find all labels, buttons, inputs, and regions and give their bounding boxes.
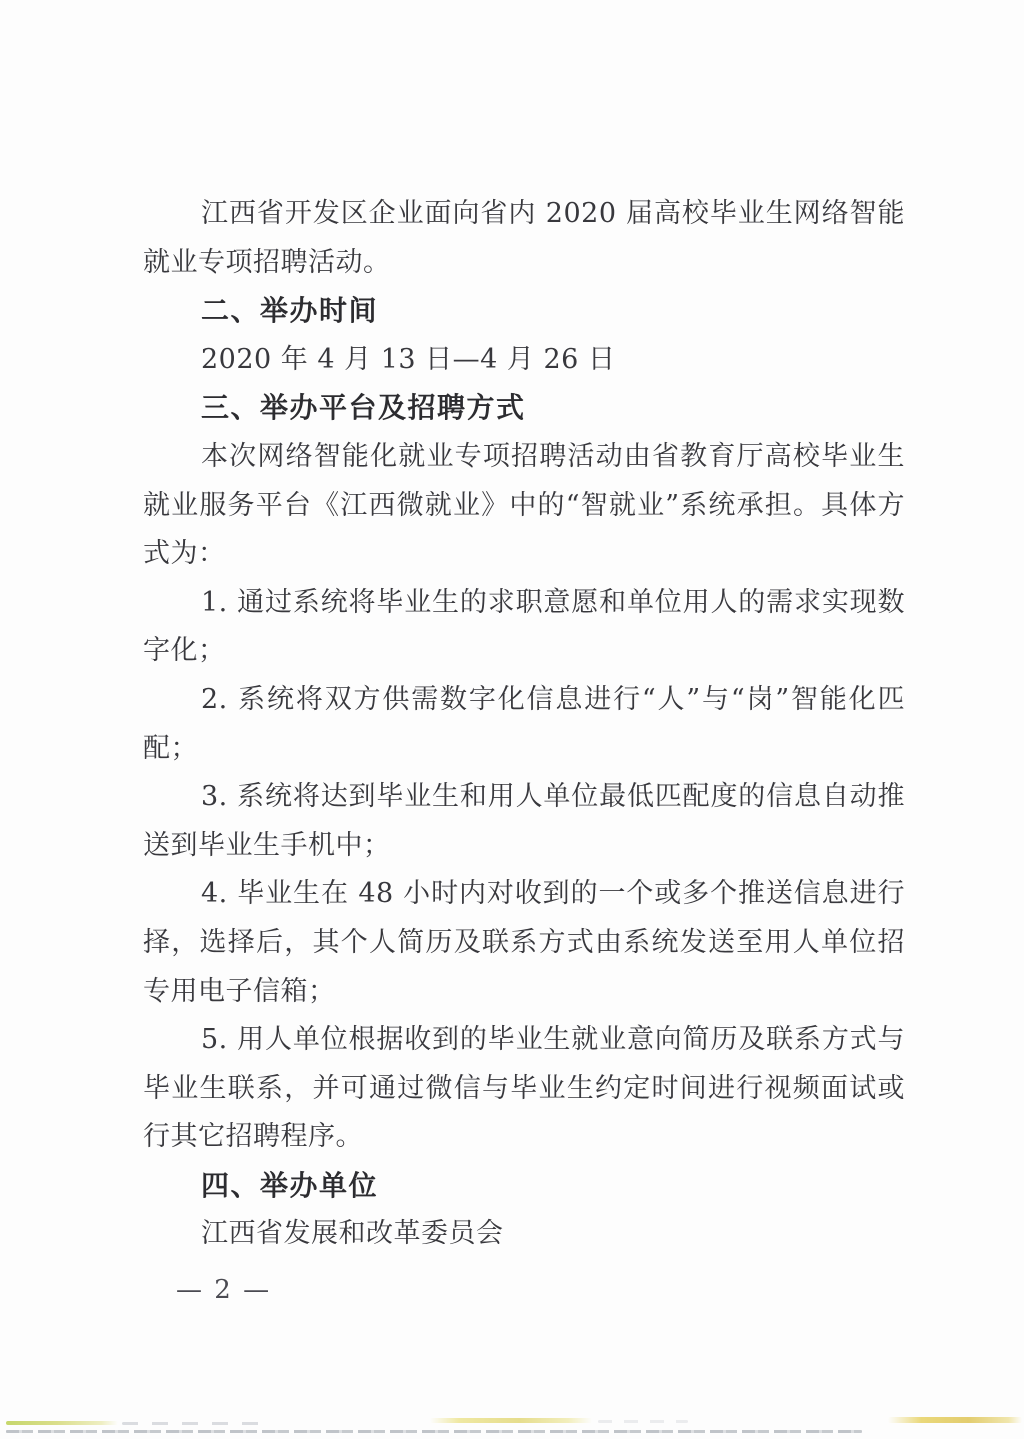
body-line: 行其它招聘程序。	[143, 1113, 905, 1162]
scan-artifact-dashes-middle	[598, 1420, 688, 1423]
scan-artifact-dashes-left	[122, 1422, 272, 1425]
list-item-3: 3. 系统将达到毕业生和用人单位最低匹配度的信息自动推	[143, 773, 905, 822]
section-heading-3: 三、举办平台及招聘方式	[143, 384, 905, 433]
section-heading-2: 二、举办时间	[143, 287, 905, 336]
body-line: 择，选择后，其个人简历及联系方式由系统发送至用人单位招聘	[143, 919, 905, 968]
highlighter-streak-left	[6, 1421, 118, 1425]
list-item-4: 4. 毕业生在 48 小时内对收到的一个或多个推送信息进行选	[143, 870, 905, 919]
body-line: 江西省开发区企业面向省内 2020 届高校毕业生网络智能化	[143, 190, 905, 239]
highlighter-streak-right	[888, 1417, 1022, 1423]
section-heading-4: 四、举办单位	[143, 1162, 905, 1211]
body-line: 毕业生联系，并可通过微信与毕业生约定时间进行视频面试或进	[143, 1065, 905, 1114]
list-item-2: 2. 系统将双方供需数字化信息进行“人”与“岗”智能化匹	[143, 676, 905, 725]
scan-artifact-microtext-line	[6, 1430, 862, 1433]
body-line: 专用电子信箱；	[143, 968, 905, 1017]
document-body: 江西省开发区企业面向省内 2020 届高校毕业生网络智能化 就业专项招聘活动。 …	[143, 190, 905, 1259]
body-line: 就业专项招聘活动。	[143, 239, 905, 288]
scanned-document-page: 江西省开发区企业面向省内 2020 届高校毕业生网络智能化 就业专项招聘活动。 …	[0, 0, 1024, 1439]
body-line: 配；	[143, 725, 905, 774]
highlighter-streak-middle	[430, 1418, 592, 1423]
body-line: 送到毕业生手机中；	[143, 822, 905, 871]
body-line: 江西省发展和改革委员会	[143, 1210, 905, 1259]
body-line: 就业服务平台《江西微就业》中的“智就业”系统承担。具体方	[143, 482, 905, 531]
page-number: — 2 —	[176, 1268, 271, 1312]
body-line: 字化；	[143, 627, 905, 676]
list-item-5: 5. 用人单位根据收到的毕业生就业意向简历及联系方式与	[143, 1016, 905, 1065]
body-line: 2020 年 4 月 13 日—4 月 26 日	[143, 336, 905, 385]
body-line: 式为：	[143, 530, 905, 579]
body-line: 本次网络智能化就业专项招聘活动由省教育厅高校毕业生	[143, 433, 905, 482]
list-item-1: 1. 通过系统将毕业生的求职意愿和单位用人的需求实现数	[143, 579, 905, 628]
